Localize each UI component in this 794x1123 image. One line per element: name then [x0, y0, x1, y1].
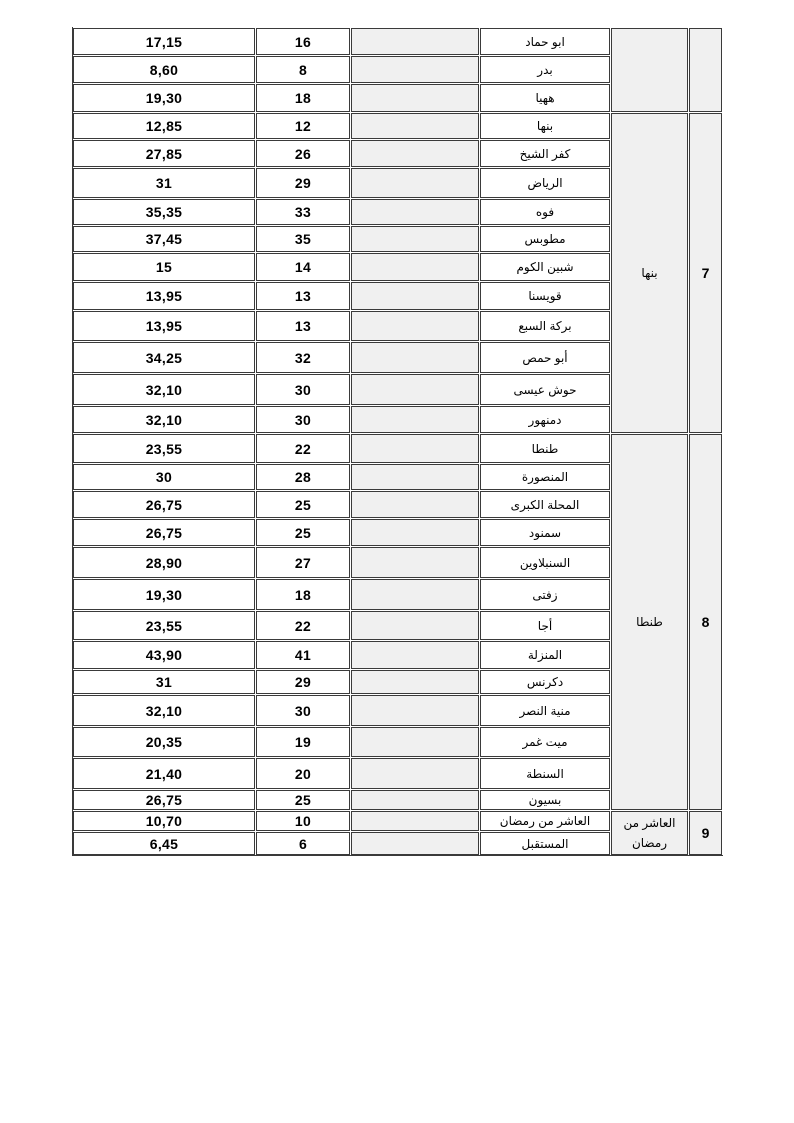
governorate-cell — [611, 28, 688, 112]
price-cell: 28,90 — [73, 547, 255, 578]
blank-cell — [351, 727, 479, 757]
blank-cell — [351, 758, 479, 789]
blank-cell — [351, 342, 479, 373]
quantity-cell: 25 — [256, 790, 350, 810]
price-cell: 13,95 — [73, 282, 255, 310]
blank-cell — [351, 56, 479, 83]
price-cell: 32,10 — [73, 374, 255, 405]
blank-cell — [351, 579, 479, 610]
quantity-cell: 18 — [256, 579, 350, 610]
quantity-cell: 20 — [256, 758, 350, 789]
quantity-cell: 22 — [256, 611, 350, 640]
price-cell: 8,60 — [73, 56, 255, 83]
city-cell: المحلة الكبرى — [480, 491, 610, 518]
quantity-cell: 35 — [256, 226, 350, 252]
quantity-cell: 13 — [256, 311, 350, 341]
blank-cell — [351, 811, 479, 831]
quantity-cell: 33 — [256, 199, 350, 225]
blank-cell — [351, 491, 479, 518]
city-cell: ابو حماد — [480, 28, 610, 55]
blank-cell — [351, 641, 479, 669]
blank-cell — [351, 282, 479, 310]
blank-cell — [351, 406, 479, 433]
blank-cell — [351, 226, 479, 252]
blank-cell — [351, 464, 479, 490]
quantity-cell: 8 — [256, 56, 350, 83]
quantity-cell: 32 — [256, 342, 350, 373]
blank-cell — [351, 519, 479, 546]
price-cell: 6,45 — [73, 832, 255, 855]
quantity-cell: 14 — [256, 253, 350, 281]
price-cell: 43,90 — [73, 641, 255, 669]
quantity-cell: 16 — [256, 28, 350, 55]
blank-cell — [351, 374, 479, 405]
governorate-cell: بنها — [611, 113, 688, 433]
city-cell: دمنهور — [480, 406, 610, 433]
price-cell: 34,25 — [73, 342, 255, 373]
blank-cell — [351, 547, 479, 578]
price-cell: 23,55 — [73, 611, 255, 640]
city-cell: بركة السبع — [480, 311, 610, 341]
quantity-cell: 30 — [256, 374, 350, 405]
price-cell: 26,75 — [73, 519, 255, 546]
quantity-cell: 22 — [256, 434, 350, 463]
city-cell: منية النصر — [480, 695, 610, 726]
price-cell: 32,10 — [73, 406, 255, 433]
quantity-cell: 6 — [256, 832, 350, 855]
blank-cell — [351, 311, 479, 341]
price-cell: 17,15 — [73, 28, 255, 55]
city-cell: الرياض — [480, 168, 610, 198]
governorate-cell: العاشر من رمضان — [611, 811, 688, 855]
price-cell: 26,75 — [73, 491, 255, 518]
city-cell: فوه — [480, 199, 610, 225]
city-cell: دكرنس — [480, 670, 610, 694]
city-cell: زفتى — [480, 579, 610, 610]
price-cell: 30 — [73, 464, 255, 490]
quantity-cell: 10 — [256, 811, 350, 831]
price-cell: 19,30 — [73, 579, 255, 610]
blank-cell — [351, 84, 479, 112]
quantity-cell: 26 — [256, 140, 350, 167]
price-cell: 27,85 — [73, 140, 255, 167]
quantity-cell: 41 — [256, 641, 350, 669]
city-cell: مطوبس — [480, 226, 610, 252]
price-cell: 31 — [73, 670, 255, 694]
quantity-cell: 30 — [256, 406, 350, 433]
blank-cell — [351, 113, 479, 139]
quantity-cell: 30 — [256, 695, 350, 726]
blank-cell — [351, 670, 479, 694]
city-cell: كفر الشيخ — [480, 140, 610, 167]
city-cell: بنها — [480, 113, 610, 139]
blank-cell — [351, 28, 479, 55]
city-cell: المنصورة — [480, 464, 610, 490]
blank-cell — [351, 168, 479, 198]
city-cell: بدر — [480, 56, 610, 83]
price-cell: 23,55 — [73, 434, 255, 463]
city-cell: المستقبل — [480, 832, 610, 855]
city-cell: السنطة — [480, 758, 610, 789]
quantity-cell: 29 — [256, 168, 350, 198]
blank-cell — [351, 253, 479, 281]
table-bottom-border — [72, 855, 723, 856]
city-cell: أبو حمص — [480, 342, 610, 373]
blank-cell — [351, 832, 479, 855]
blank-cell — [351, 790, 479, 810]
quantity-cell: 19 — [256, 727, 350, 757]
index-cell: 7 — [689, 113, 722, 433]
price-cell: 13,95 — [73, 311, 255, 341]
quantity-cell: 25 — [256, 519, 350, 546]
city-cell: العاشر من رمضان — [480, 811, 610, 831]
price-cell: 12,85 — [73, 113, 255, 139]
table-outer-border — [72, 27, 73, 856]
blank-cell — [351, 434, 479, 463]
index-cell — [689, 28, 722, 112]
price-cell: 21,40 — [73, 758, 255, 789]
city-cell: سمنود — [480, 519, 610, 546]
index-cell: 8 — [689, 434, 722, 810]
price-cell: 37,45 — [73, 226, 255, 252]
price-cell: 26,75 — [73, 790, 255, 810]
price-cell: 19,30 — [73, 84, 255, 112]
city-cell: قويسنا — [480, 282, 610, 310]
blank-cell — [351, 611, 479, 640]
city-cell: حوش عيسى — [480, 374, 610, 405]
price-cell: 10,70 — [73, 811, 255, 831]
quantity-cell: 25 — [256, 491, 350, 518]
city-cell: المنزلة — [480, 641, 610, 669]
blank-cell — [351, 199, 479, 225]
city-cell: أجا — [480, 611, 610, 640]
quantity-cell: 12 — [256, 113, 350, 139]
quantity-cell: 27 — [256, 547, 350, 578]
city-cell: شبين الكوم — [480, 253, 610, 281]
price-cell: 32,10 — [73, 695, 255, 726]
quantity-cell: 28 — [256, 464, 350, 490]
city-cell: ههيا — [480, 84, 610, 112]
blank-cell — [351, 695, 479, 726]
governorate-cell: طنطا — [611, 434, 688, 810]
price-cell: 31 — [73, 168, 255, 198]
price-cell: 20,35 — [73, 727, 255, 757]
city-cell: بسيون — [480, 790, 610, 810]
city-cell: طنطا — [480, 434, 610, 463]
quantity-cell: 29 — [256, 670, 350, 694]
price-cell: 35,35 — [73, 199, 255, 225]
quantity-cell: 18 — [256, 84, 350, 112]
index-cell: 9 — [689, 811, 722, 855]
quantity-cell: 13 — [256, 282, 350, 310]
city-cell: ميت غمر — [480, 727, 610, 757]
blank-cell — [351, 140, 479, 167]
city-cell: السنبلاوين — [480, 547, 610, 578]
price-cell: 15 — [73, 253, 255, 281]
